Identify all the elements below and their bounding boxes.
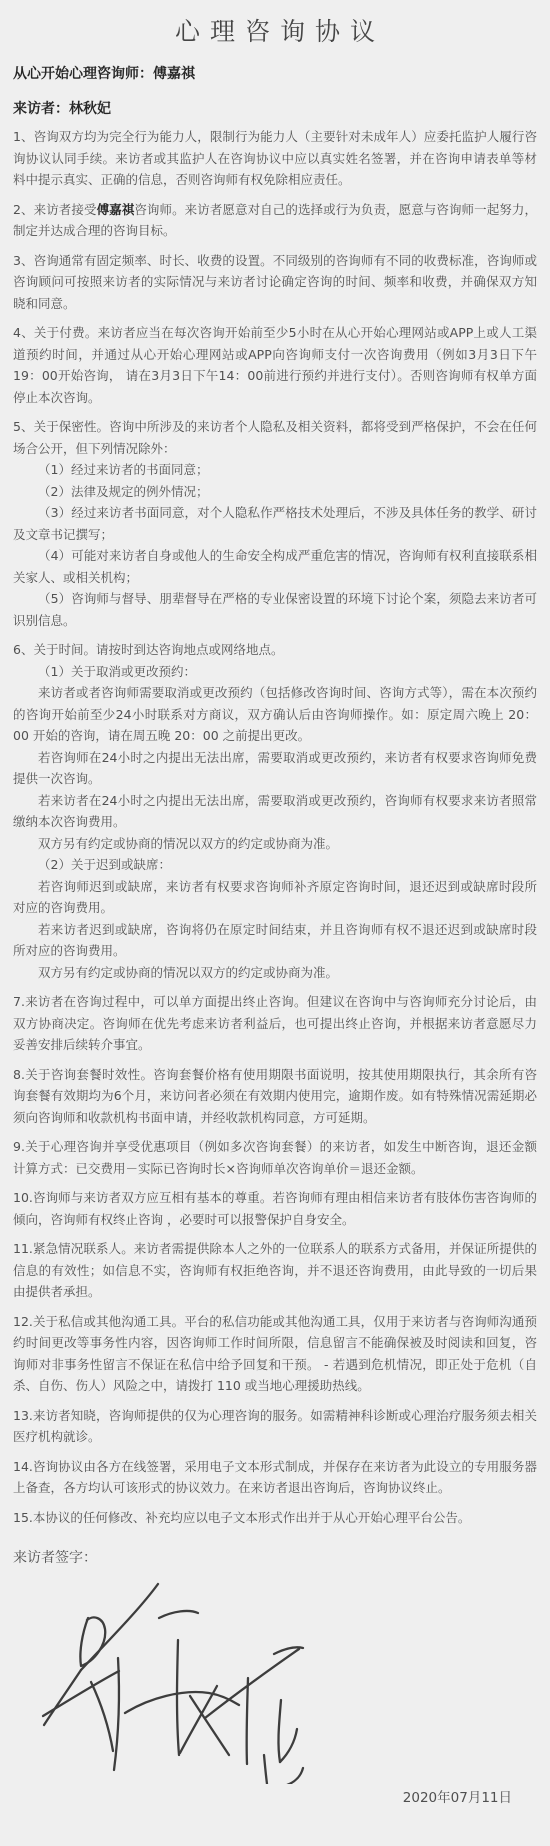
counselor-name: 傅嘉祺 [153,66,195,82]
agreement-paragraph: （1）经过来访者的书面同意； [13,459,537,481]
paragraph-text: 1、咨询双方均为完全行为能力人，限制行为能力人（主要针对未成年人）应委托监护人履… [13,129,537,187]
agreement-paragraph: 6、关于时间。请按时到达咨询地点或网络地点。 [13,639,537,661]
paragraph-text: 15.本协议的任何修改、补充均应以电子文本形式作出并于从心开始心理平台公告。 [13,1510,470,1525]
agreement-paragraph: 10.咨询师与来访者双方应互相有基本的尊重。若咨询师有理由相信来访者有肢体伤害咨… [13,1187,537,1230]
agreement-paragraph: 5、关于保密性。咨询中所涉及的来访者个人隐私及相关资料，都将受到严格保护，不会在… [13,416,537,459]
paragraph-text: 7.来访者在咨询过程中，可以单方面提出终止咨询。但建议在咨询中与咨询师充分讨论后… [13,994,537,1052]
paragraph-text: 8.关于咨询套餐时效性。咨询套餐价格有使用期限书面说明，按其使用期限执行，其余所… [13,1067,537,1125]
agreement-paragraph: （2）法律及规定的例外情况； [13,481,537,503]
paragraph-text: 14.咨询协议由各方在线签署，采用电子文本形式制成，并保存在来访者为此设立的专用… [13,1459,537,1496]
agreement-paragraph: 若来访者迟到或缺席，咨询将仍在原定时间结束，并且咨询师有权不退还迟到或缺席时段所… [13,919,537,962]
counselor-name-inline: 傅嘉祺 [97,202,135,217]
paragraph-text: 11.紧急情况联系人。来访者需提供除本人之外的一位联系人的联系方式备用，并保证所… [13,1241,537,1299]
agreement-paragraph: 4、关于付费。来访者应当在每次咨询开始前至少5小时在从心开始心理网站或APP上或… [13,322,537,408]
paragraph-text: （4）可能对来访者自身或他人的生命安全构成严重危害的情况，咨询师有权利直接联系相… [13,548,537,585]
counselor-label: 从心开始心理咨询师： [13,66,153,82]
agreement-paragraph: 2、来访者接受傅嘉祺咨询师。来访者愿意对自己的选择或行为负责，愿意与咨询师一起努… [13,199,537,242]
agreement-paragraph: （3）经过来访者书面同意，对个人隐私作严格技术处理后，不涉及具体任务的教学、研讨… [13,502,537,545]
agreement-paragraph: 双方另有约定或协商的情况以双方的约定或协商为准。 [13,962,537,984]
client-line: 来访者：林秋妃 [13,100,537,118]
signature-label: 来访者签字： [13,1548,537,1568]
paragraph-text: 双方另有约定或协商的情况以双方的约定或协商为准。 [38,965,338,980]
agreement-paragraph: 若咨询师迟到或缺席，来访者有权要求咨询师补齐原定咨询时间，退还迟到或缺席时段所对… [13,876,537,919]
agreement-paragraph: 15.本协议的任何修改、补充均应以电子文本形式作出并于从心开始心理平台公告。 [13,1507,537,1529]
paragraph-text: 若咨询师迟到或缺席，来访者有权要求咨询师补齐原定咨询时间，退还迟到或缺席时段所对… [13,879,537,916]
paragraph-text: 双方另有约定或协商的情况以双方的约定或协商为准。 [38,836,338,851]
agreement-paragraph: 来访者或者咨询师需要取消或更改预约（包括修改咨询时间、咨询方式等），需在本次预约… [13,682,537,747]
agreement-paragraph: 双方另有约定或协商的情况以双方的约定或协商为准。 [13,833,537,855]
paragraph-text: （2）法律及规定的例外情况； [38,484,208,499]
paragraph-text: 9.关于心理咨询并享受优惠项目（例如多次咨询套餐）的来访者，如发生中断咨询，退还… [13,1139,537,1176]
page-title: 心理咨询协议 [13,12,537,48]
paragraph-text: 若咨询师在24小时之内提出无法出席，需要取消或更改预约，来访者有权要求咨询师免费… [13,750,537,787]
counselor-line: 从心开始心理咨询师：傅嘉祺 [13,65,537,83]
agreement-paragraph: 若咨询师在24小时之内提出无法出席，需要取消或更改预约，来访者有权要求咨询师免费… [13,747,537,790]
paragraph-text: 4、关于付费。来访者应当在每次咨询开始前至少5小时在从心开始心理网站或APP上或… [13,325,537,405]
agreement-paragraph: 1、咨询双方均为完全行为能力人，限制行为能力人（主要针对未成年人）应委托监护人履… [13,126,537,191]
signature-scribble: 林秋妃 [31,1572,311,1784]
agreement-paragraph: 若来访者在24小时之内提出无法出席，需要取消或更改预约，咨询师有权要求来访者照常… [13,790,537,833]
paragraph-text: 3、咨询通常有固定频率、时长、收费的设置。不同级别的咨询师有不同的收费标准，咨询… [13,253,537,311]
signature-stroke-group [43,1584,303,1784]
client-name: 林秋妃 [69,101,111,117]
paragraph-text: 2、来访者接受 [13,202,97,217]
agreement-paragraph: 13.来访者知晓，咨询师提供的仅为心理咨询的服务。如需精神科诊断或心理治疗服务须… [13,1405,537,1448]
paragraph-text: （5）咨询师与督导、朋辈督导在严格的专业保密设置的环境下讨论个案，须隐去来访者可… [13,591,537,628]
paragraph-text: （1）关于取消或更改预约： [38,664,196,679]
paragraph-text: 13.来访者知晓，咨询师提供的仅为心理咨询的服务。如需精神科诊断或心理治疗服务须… [13,1408,537,1445]
agreement-paragraph: （1）关于取消或更改预约： [13,661,537,683]
signature-date: 2020年07月11日 [13,1786,537,1806]
paragraph-text: 5、关于保密性。咨询中所涉及的来访者个人隐私及相关资料，都将受到严格保护，不会在… [13,419,537,456]
agreement-paragraph: （2）关于迟到或缺席： [13,854,537,876]
paragraph-text: 6、关于时间。请按时到达咨询地点或网络地点。 [13,642,283,657]
signature-area: 林秋妃 [31,1572,311,1784]
paragraph-text: 若来访者在24小时之内提出无法出席，需要取消或更改预约，咨询师有权要求来访者照常… [13,793,537,830]
paragraph-text: （1）经过来访者的书面同意； [38,462,208,477]
agreement-paragraph: （4）可能对来访者自身或他人的生命安全构成严重危害的情况，咨询师有权利直接联系相… [13,545,537,588]
agreement-paragraph: 7.来访者在咨询过程中，可以单方面提出终止咨询。但建议在咨询中与咨询师充分讨论后… [13,991,537,1056]
agreement-document: 心理咨询协议 从心开始心理咨询师：傅嘉祺 来访者：林秋妃 1、咨询双方均为完全行… [0,0,550,1846]
paragraph-text: 若来访者迟到或缺席，咨询将仍在原定时间结束，并且咨询师有权不退还迟到或缺席时段所… [13,922,537,959]
agreement-paragraph: 14.咨询协议由各方在线签署，采用电子文本形式制成，并保存在来访者为此设立的专用… [13,1456,537,1499]
paragraph-text: 来访者或者咨询师需要取消或更改预约（包括修改咨询时间、咨询方式等），需在本次预约… [13,685,537,743]
agreement-paragraph: 3、咨询通常有固定频率、时长、收费的设置。不同级别的咨询师有不同的收费标准，咨询… [13,250,537,315]
paragraph-text: 10.咨询师与来访者双方应互相有基本的尊重。若咨询师有理由相信来访者有肢体伤害咨… [13,1190,537,1227]
agreement-paragraph: 11.紧急情况联系人。来访者需提供除本人之外的一位联系人的联系方式备用，并保证所… [13,1238,537,1303]
agreement-paragraph: 12.关于私信或其他沟通工具。平台的私信功能或其他沟通工具，仅用于来访者与咨询师… [13,1311,537,1397]
paragraph-text: 12.关于私信或其他沟通工具。平台的私信功能或其他沟通工具，仅用于来访者与咨询师… [13,1314,537,1394]
client-label: 来访者： [13,101,69,117]
clauses-list: 1、咨询双方均为完全行为能力人，限制行为能力人（主要针对未成年人）应委托监护人履… [13,126,537,1528]
paragraph-text: （3）经过来访者书面同意，对个人隐私作严格技术处理后，不涉及具体任务的教学、研讨… [13,505,537,542]
paragraph-text: （2）关于迟到或缺席： [38,857,171,872]
agreement-paragraph: 8.关于咨询套餐时效性。咨询套餐价格有使用期限书面说明，按其使用期限执行，其余所… [13,1064,537,1129]
agreement-paragraph: （5）咨询师与督导、朋辈督导在严格的专业保密设置的环境下讨论个案，须隐去来访者可… [13,588,537,631]
agreement-paragraph: 9.关于心理咨询并享受优惠项目（例如多次咨询套餐）的来访者，如发生中断咨询，退还… [13,1136,537,1179]
